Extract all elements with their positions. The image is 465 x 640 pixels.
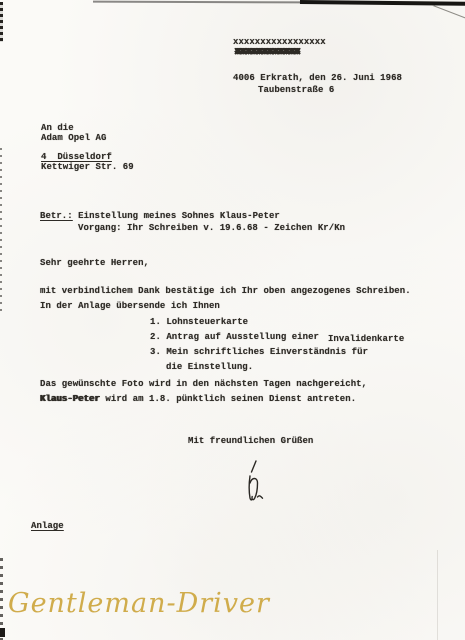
subject-line: Betr.: Einstellung meines Sohnes Klaus-P… <box>40 211 280 221</box>
subject-label: Betr.: <box>40 211 73 221</box>
scanned-letter-page: xxxxxxxxxxxxxxxxx ЖЖЖЖЖЖЖЖЖЖЖЖ 4006 Erkr… <box>0 0 465 640</box>
enclosure-item-2-insert: Invalidenkarte <box>328 334 404 344</box>
enclosure-item-2: 2. Antrag auf Ausstellung einerInvaliden… <box>150 332 404 342</box>
sender-street: Taubenstraße 6 <box>258 85 334 95</box>
subject-reference: Vorgang: Ihr Schreiben v. 19.6.68 - Zeic… <box>78 223 345 233</box>
enclosure-item-3-line1: 3. Mein schriftliches Einverständnis für <box>150 347 368 357</box>
watermark-gentleman-driver: Gentleman-Driver <box>8 586 270 622</box>
scan-edge-top-faint <box>93 1 305 3</box>
enclosure-note: Anlage <box>31 521 64 531</box>
enclosure-item-1: 1. Lohnsteuerkarte <box>150 317 248 327</box>
signature-scribble <box>240 458 274 510</box>
sender-redaction-line2: ЖЖЖЖЖЖЖЖЖЖЖЖ <box>235 47 300 57</box>
enclosure-item-2-prefix: 2. Antrag auf Ausstellung einer <box>150 332 319 342</box>
closing-line: Mit freundlichen Grüßen <box>188 436 313 446</box>
paragraph1-line1: mit verbindlichem Dank bestätige ich Ihr… <box>40 286 411 296</box>
scan-corner-blob <box>0 628 5 637</box>
paragraph2-line2-rest: wird am 1.8. pünktlich seinen Dienst ant… <box>100 394 356 404</box>
recipient-line2: Adam Opel AG <box>41 133 106 143</box>
subject-text: Einstellung meines Sohnes Klaus-Peter <box>73 211 280 221</box>
recipient-line1: An die <box>41 123 74 133</box>
salutation: Sehr geehrte Herren, <box>40 258 149 268</box>
date-line: 4006 Erkrath, den 26. Juni 1968 <box>233 73 402 83</box>
fold-line <box>437 550 438 640</box>
scratch-mark <box>433 5 465 19</box>
scan-edge-left-top <box>0 2 3 42</box>
recipient-city: 4 Düsseldorf <box>41 152 112 162</box>
paragraph2-line2: Klaus-Peter wird am 1.8. pünktlich seine… <box>40 394 356 404</box>
scan-edge-left-middle <box>0 148 2 313</box>
enclosure-item-3-line2: die Einstellung. <box>166 362 253 372</box>
recipient-street: Kettwiger Str. 69 <box>41 162 134 172</box>
paragraph2-name-overstruck: Klaus-Peter <box>40 394 100 404</box>
paragraph2-line1: Das gewünschte Foto wird in den nächsten… <box>40 379 367 389</box>
scan-edge-top-dark <box>300 0 465 5</box>
paragraph1-line2: In der Anlage übersende ich Ihnen <box>40 301 220 311</box>
